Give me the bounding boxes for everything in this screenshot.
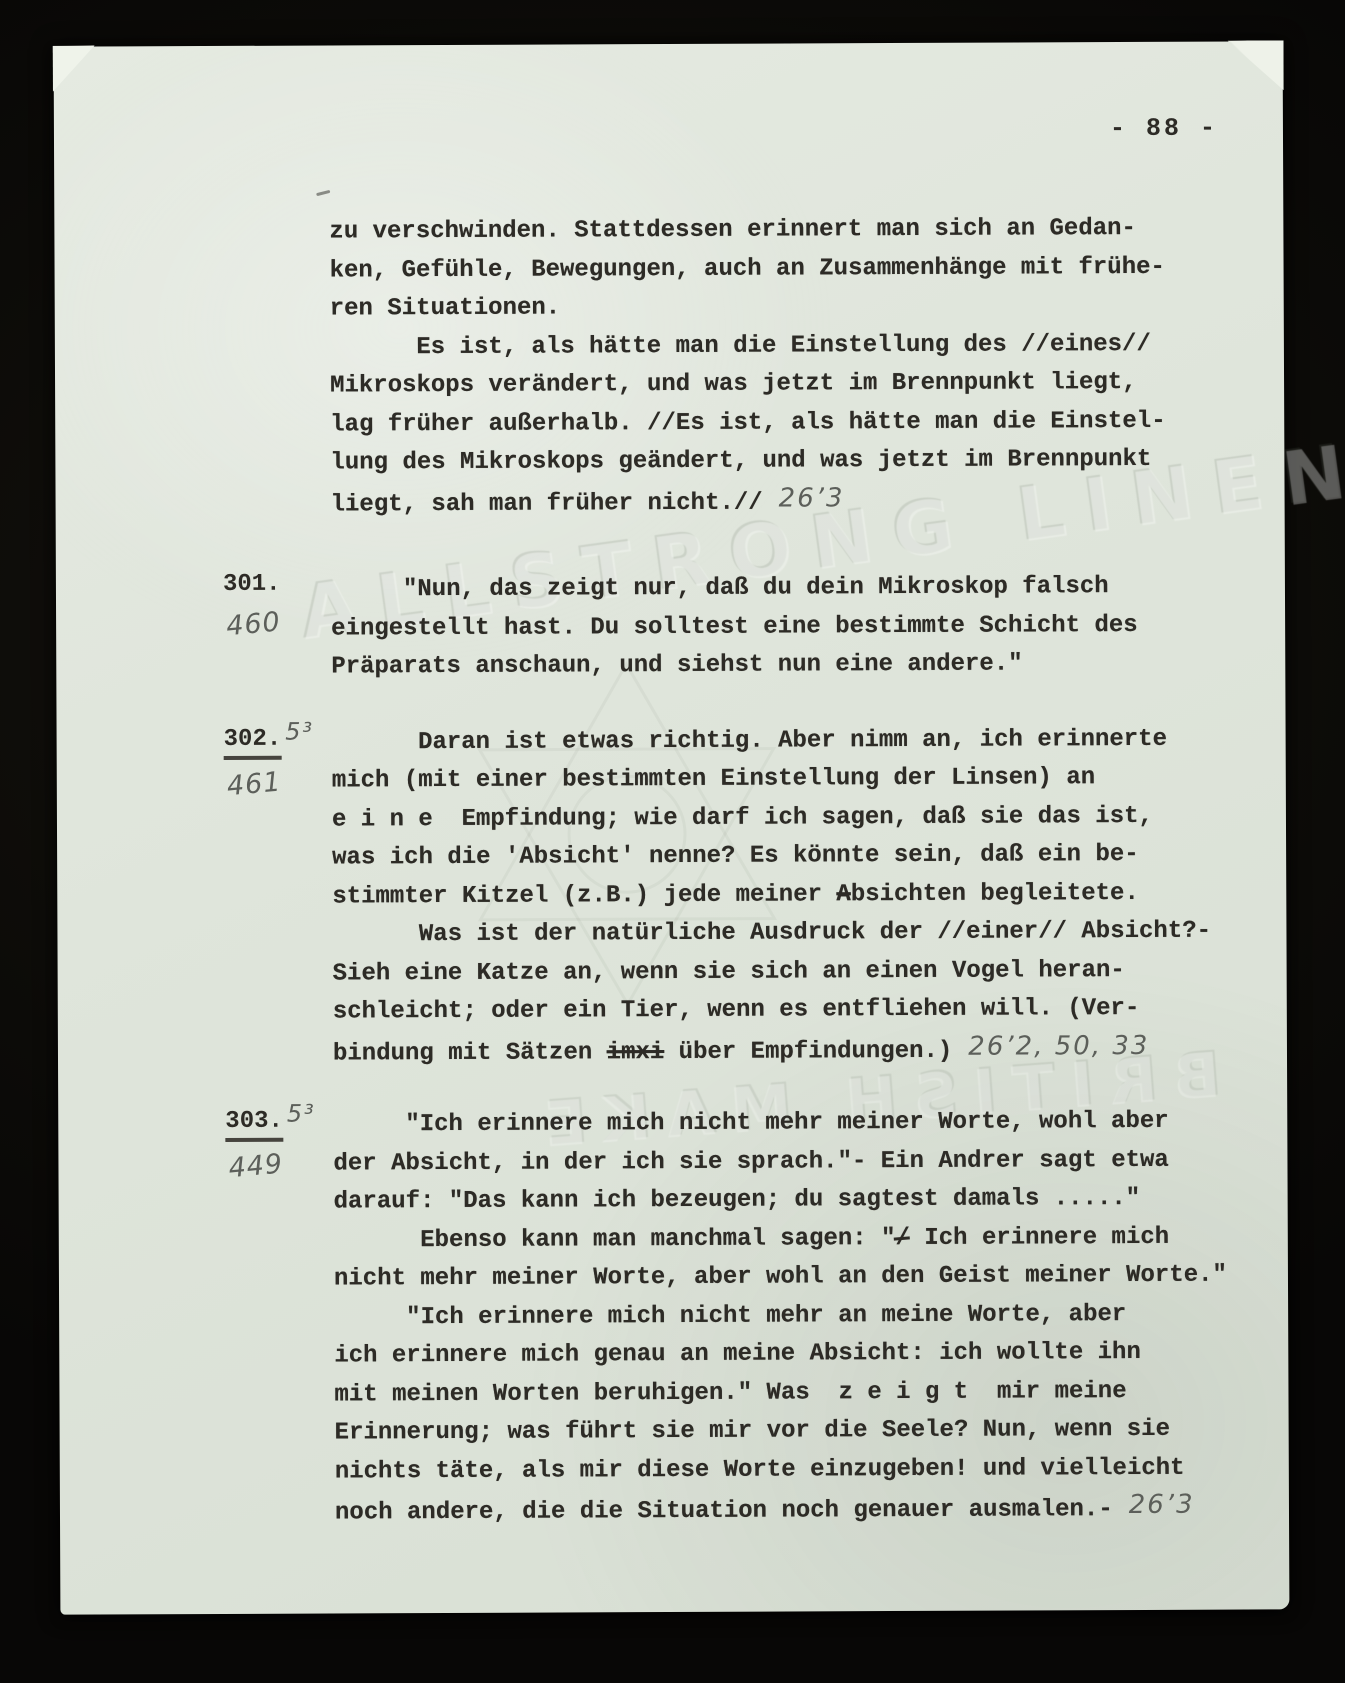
text-line: liegt, sah man früher nicht.//26’3 bbox=[330, 479, 1280, 525]
text-line: "Ich erinnere mich nicht mehr an meine W… bbox=[334, 1295, 1284, 1338]
section-number: 302. bbox=[224, 724, 282, 759]
typed-text: Erinnerung; was führt sie mir vor die Se… bbox=[335, 1416, 1170, 1447]
margin-label: 303.5³449 bbox=[225, 1104, 329, 1179]
text-line: zu verschwinden. Stattdessen erinnert ma… bbox=[329, 209, 1279, 252]
text-line: Erinnerung; was führt sie mir vor die Se… bbox=[335, 1410, 1285, 1453]
text-line: nicht mehr meiner Worte, aber wohl an de… bbox=[334, 1256, 1284, 1299]
typed-text: eingestellt hast. Du solltest eine besti… bbox=[331, 611, 1138, 642]
handwritten-number: 461 bbox=[226, 762, 329, 802]
struck-out-text: A bbox=[836, 881, 851, 908]
paragraph-block: 302.5³461 Daran ist etwas richtig. Aber … bbox=[332, 720, 1284, 1074]
handwritten-annotation: 26’3 bbox=[779, 483, 845, 513]
text-line: Daran ist etwas richtig. Aber nimm an, i… bbox=[332, 720, 1282, 763]
text-line: Präparats anschaun, und siehst nun eine … bbox=[331, 644, 1281, 687]
text-line: was ich die 'Absicht' nenne? Es könnte s… bbox=[332, 835, 1282, 878]
handwritten-superscript: 5³ bbox=[285, 717, 314, 745]
typed-text: lag früher außerhalb. //Es ist, als hätt… bbox=[330, 407, 1165, 438]
text-line: ken, Gefühle, Bewegungen, auch an Zusamm… bbox=[329, 248, 1279, 291]
text-line: Sieh eine Katze an, wenn sie sich an ein… bbox=[333, 951, 1283, 994]
typed-text: noch andere, die die Situation noch gena… bbox=[335, 1496, 1113, 1526]
typed-text: nichts täte, als mir diese Worte einzuge… bbox=[335, 1454, 1185, 1485]
typed-text: Ebenso kann man manchmal sagen: " bbox=[334, 1225, 896, 1254]
handwritten-annotation: 26’2, 50, 33 bbox=[968, 1030, 1149, 1061]
text-line: Mikroskops verändert, und was jetzt im B… bbox=[330, 363, 1280, 406]
struck-out-text: imxi bbox=[607, 1039, 665, 1066]
paragraph-block: zu verschwinden. Stattdessen erinnert ma… bbox=[329, 209, 1280, 524]
text-line: eingestellt hast. Du solltest eine besti… bbox=[331, 606, 1281, 649]
text-line: e i n e Empfindung; wie darf ich sagen, … bbox=[332, 797, 1282, 840]
typed-text: nicht mehr meiner Worte, aber wohl an de… bbox=[334, 1262, 1227, 1293]
typed-text: zu verschwinden. Stattdessen erinnert ma… bbox=[329, 215, 1136, 246]
text-line: bindung mit Sätzen imxi über Empfindunge… bbox=[333, 1028, 1283, 1074]
typed-text: bindung mit Sätzen bbox=[333, 1039, 607, 1067]
page-number: - 88 - bbox=[1110, 114, 1218, 144]
text-line: mit meinen Worten beruhigen." Was z e i … bbox=[334, 1372, 1284, 1415]
typed-text: schleicht; oder ein Tier, wenn es entfli… bbox=[333, 995, 1140, 1026]
text-line: der Absicht, in der ich sie sprach."- Ei… bbox=[333, 1141, 1283, 1184]
typed-text: Mikroskops verändert, und was jetzt im B… bbox=[330, 369, 1137, 400]
text-line: ich erinnere mich genau an meine Absicht… bbox=[334, 1333, 1284, 1376]
handwritten-annotation: 26’3 bbox=[1129, 1490, 1195, 1520]
handwritten-number: 449 bbox=[227, 1144, 330, 1184]
typed-text: bsichten begleitete. bbox=[851, 879, 1139, 907]
typed-text: "Ich erinnere mich nicht mehr meiner Wor… bbox=[333, 1108, 1168, 1139]
margin-label: 302.5³461 bbox=[224, 722, 328, 797]
typed-text: liegt, sah man früher nicht.// bbox=[331, 489, 763, 518]
typed-text: mit meinen Worten beruhigen." Was z e i … bbox=[334, 1378, 1126, 1408]
typed-text: "Nun, das zeigt nur, daß du dein Mikrosk… bbox=[331, 573, 1109, 603]
typed-text: darauf: "Das kann ich bezeugen; du sagte… bbox=[334, 1185, 1141, 1216]
corner-fold-top-right bbox=[1228, 40, 1284, 90]
section-number: 301. bbox=[223, 570, 281, 600]
text-line: stimmter Kitzel (z.B.) jede meiner Absic… bbox=[332, 874, 1282, 917]
text-line: "Ich erinnere mich nicht mehr meiner Wor… bbox=[333, 1102, 1283, 1145]
typed-text: stimmter Kitzel (z.B.) jede meiner bbox=[332, 881, 836, 910]
handwritten-superscript: 5³ bbox=[287, 1100, 316, 1128]
paragraph-block: 303.5³449 "Ich erinnere mich nicht mehr … bbox=[333, 1102, 1285, 1533]
typed-text: Ich erinnere mich bbox=[910, 1223, 1169, 1251]
typed-text: lung des Mikroskops geändert, und was je… bbox=[330, 446, 1151, 477]
text-line: nichts täte, als mir diese Worte einzuge… bbox=[335, 1449, 1285, 1492]
text-line: lag früher außerhalb. //Es ist, als hätt… bbox=[330, 402, 1280, 445]
typed-text: Was ist der natürliche Ausdruck der //ei… bbox=[332, 918, 1211, 949]
text-line: Es ist, als hätte man die Einstellung de… bbox=[330, 325, 1280, 368]
text-line: darauf: "Das kann ich bezeugen; du sagte… bbox=[334, 1179, 1284, 1222]
text-line: Was ist der natürliche Ausdruck der //ei… bbox=[332, 912, 1282, 955]
text-line: ren Situationen. bbox=[330, 286, 1280, 329]
typed-text: ken, Gefühle, Bewegungen, auch an Zusamm… bbox=[330, 253, 1165, 284]
typed-text: ren Situationen. bbox=[330, 294, 561, 322]
text-line: noch andere, die die Situation noch gena… bbox=[335, 1487, 1285, 1533]
text-line: schleicht; oder ein Tier, wenn es entfli… bbox=[333, 989, 1283, 1032]
typed-text: Daran ist etwas richtig. Aber nimm an, i… bbox=[332, 725, 1167, 756]
typed-text: ich erinnere mich genau an meine Absicht… bbox=[334, 1339, 1141, 1370]
paragraph-block: 301.460 "Nun, das zeigt nur, daß du dein… bbox=[331, 567, 1281, 687]
text-line: mich (mit einer bestimmten Einstellung d… bbox=[332, 758, 1282, 801]
corner-fold-top-left bbox=[53, 46, 95, 92]
handwritten-number: 460 bbox=[225, 602, 328, 642]
stray-pencil-mark bbox=[316, 190, 330, 196]
typed-text: über Empfindungen.) bbox=[664, 1037, 952, 1065]
document-page: ALLSTRONG LINEN BRITISH MAKE - 88 - zu v… bbox=[54, 41, 1290, 1614]
section-number: 303. bbox=[225, 1107, 283, 1142]
margin-label: 301.460 bbox=[223, 570, 327, 638]
typed-text: Sieh eine Katze an, wenn sie sich an ein… bbox=[333, 957, 1125, 987]
typed-text: was ich die 'Absicht' nenne? Es könnte s… bbox=[332, 841, 1139, 872]
typed-text: "Ich erinnere mich nicht mehr an meine W… bbox=[334, 1301, 1126, 1331]
text-line: lung des Mikroskops geändert, und was je… bbox=[330, 440, 1280, 483]
slash-bar-mark: / bbox=[895, 1219, 910, 1258]
text-line: "Nun, das zeigt nur, daß du dein Mikrosk… bbox=[331, 567, 1281, 610]
typescript-text: zu verschwinden. Stattdessen erinnert ma… bbox=[329, 209, 1285, 1533]
typed-text: e i n e Empfindung; wie darf ich sagen, … bbox=[332, 802, 1153, 833]
typed-text: der Absicht, in der ich sie sprach."- Ei… bbox=[333, 1146, 1168, 1177]
typed-text: Es ist, als hätte man die Einstellung de… bbox=[330, 330, 1151, 361]
typed-text: mich (mit einer bestimmten Einstellung d… bbox=[332, 764, 1095, 794]
text-line: Ebenso kann man manchmal sagen: "/ Ich e… bbox=[334, 1218, 1284, 1261]
typed-text: Präparats anschaun, und siehst nun eine … bbox=[331, 650, 1022, 680]
